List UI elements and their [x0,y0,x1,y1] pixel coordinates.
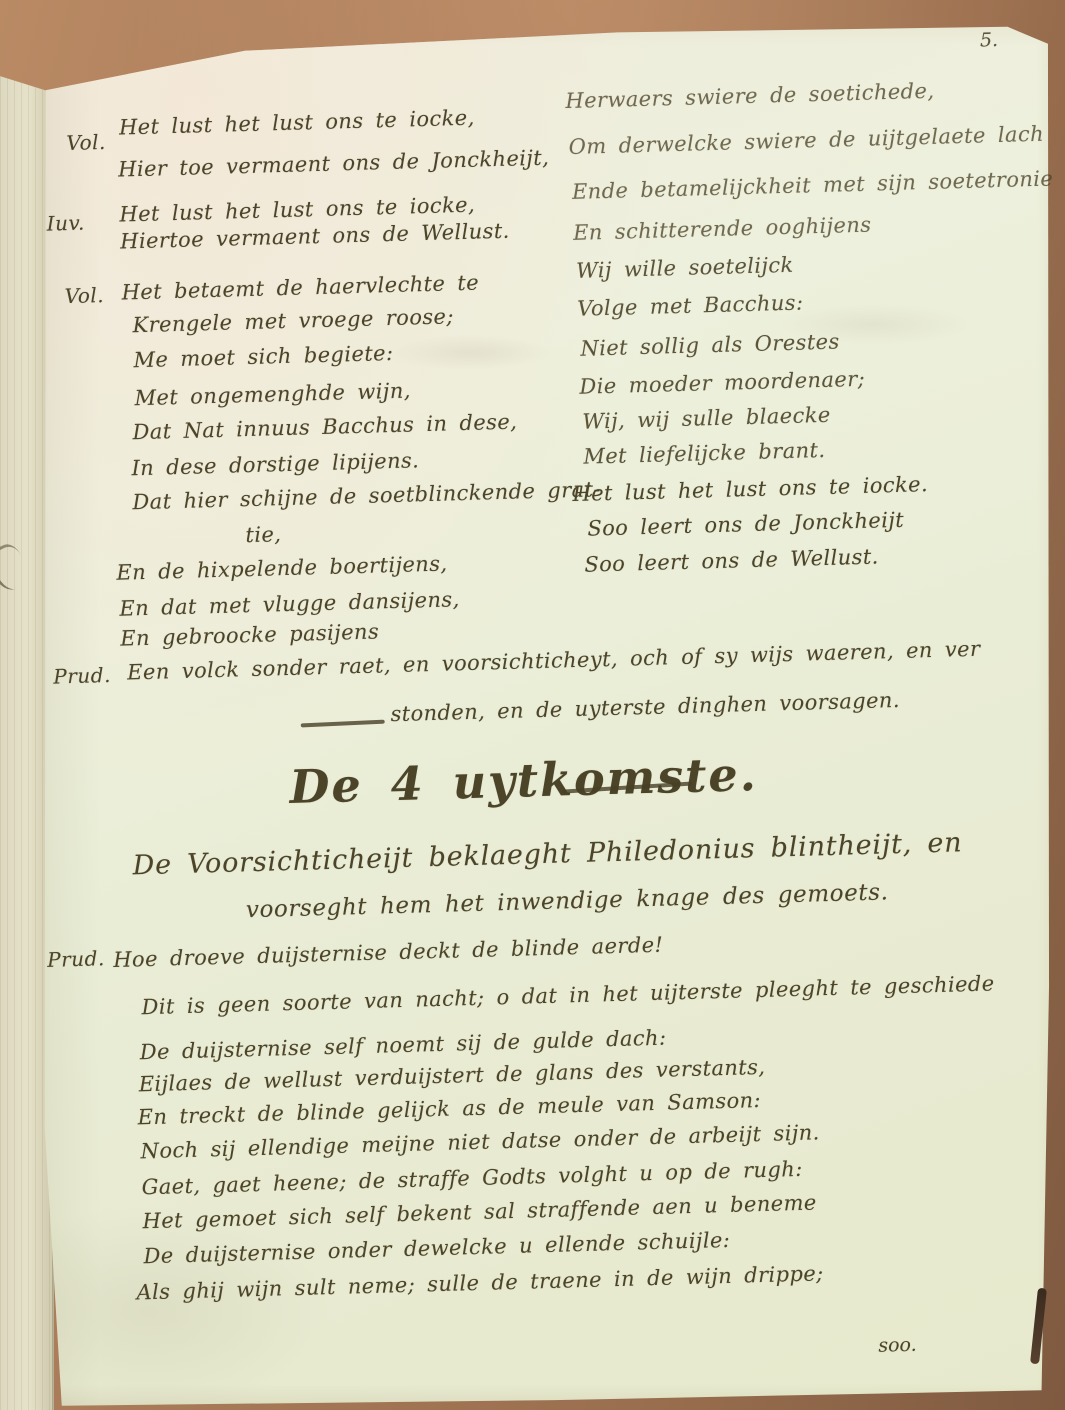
verse-line: Dat hier schijne de soetblinckende grat- [132,477,601,514]
verse-line: Wij, wij sulle blaecke [582,403,831,434]
verse-line: Niet sollig als Orestes [580,329,840,360]
scene-heading: De 4 uytkomste. [289,747,759,814]
speaker-label-prud-2: Prud. [47,946,105,972]
verse-line: Me moet sich begiete: [133,341,394,372]
verse-line: En schitterende ooghijens [573,213,872,245]
page-number: 5. [980,29,999,51]
monologue-line: En treckt de blinde gelijck as de meule … [137,1088,761,1129]
speaker-label-iuv: Iuv. [46,211,85,236]
verse-line: En dat met vlugge dansijens, [119,587,460,620]
monologue-line: Het gemoet sich self bekent sal straffen… [142,1190,817,1233]
monologue-line: Noch sij ellendige meijne niet datse ond… [140,1120,820,1163]
verse-line: Met liefelijcke brant. [583,438,826,469]
verse-line: Die moeder moordenaer; [579,367,865,399]
handwriting-layer: 5. Vol. Iuv. Vol. Prud. Prud. Het lust h… [0,0,1065,1410]
monologue-line: Dit is geen soorte van nacht; o dat in h… [141,971,995,1019]
scene-description-line: De Voorsichticheijt beklaeght Philedoniu… [132,827,963,881]
verse-line: Met ongemenghde wijn, [134,378,411,410]
verse-line: Het lust het lust ons te iocke, [119,106,475,140]
verse-line: Wij wille soetelijck [576,253,794,283]
monologue-line: De duijsternise self noemt sij de gulde … [140,1026,667,1065]
verse-line: En de hixpelende boertijens, [116,552,448,585]
verse-line: Soo leert ons de Wellust. [584,544,879,576]
verse-line: Krengele met vroege roose; [132,304,454,337]
scene-description-line: voorseght hem het inwendige knage des ge… [246,879,889,923]
verse-line: Het lust het lust ons te iocke. [572,472,928,506]
monologue-line: Als ghij wijn sult neme; sulle de traene… [136,1261,824,1304]
catchword: soo. [878,1334,917,1357]
verse-line: Het betaemt de haervlechte te [121,271,479,305]
monologue-line: De duijsternise onder dewelcke u ellende… [143,1228,730,1268]
monologue-line: Hoe droeve duijsternise deckt de blinde … [113,933,664,972]
verse-line: In dese dorstige lipijens. [131,448,419,480]
verse-line: Volge met Bacchus: [577,290,804,320]
manuscript-photo: 5. Vol. Iuv. Vol. Prud. Prud. Het lust h… [0,0,1065,1410]
speaker-label-vol-2: Vol. [64,283,104,308]
speech-line: stonden, en de uyterste dinghen voorsage… [390,688,900,726]
speaker-label-prud-1: Prud. [53,663,111,689]
verse-line: Om derwelcke swiere de uijtgelaete lach [568,122,1044,159]
speaker-label-vol-1: Vol. [66,130,106,155]
verse-line: Herwaers swiere de soetichede, [565,79,935,113]
verse-line: Dat Nat innuus Bacchus in dese, [132,410,517,445]
verse-line: Soo leert ons de Jonckheijt [587,508,904,541]
verse-line: Hier toe vermaent ons de Jonckheijt, [118,146,550,182]
st-ligature-stroke [301,720,385,728]
verse-line: Ende betamelijckheit met sijn soetetroni… [572,166,1054,203]
verse-line: En gebroocke pasijens [120,619,379,650]
verse-line: tie, [245,522,282,547]
